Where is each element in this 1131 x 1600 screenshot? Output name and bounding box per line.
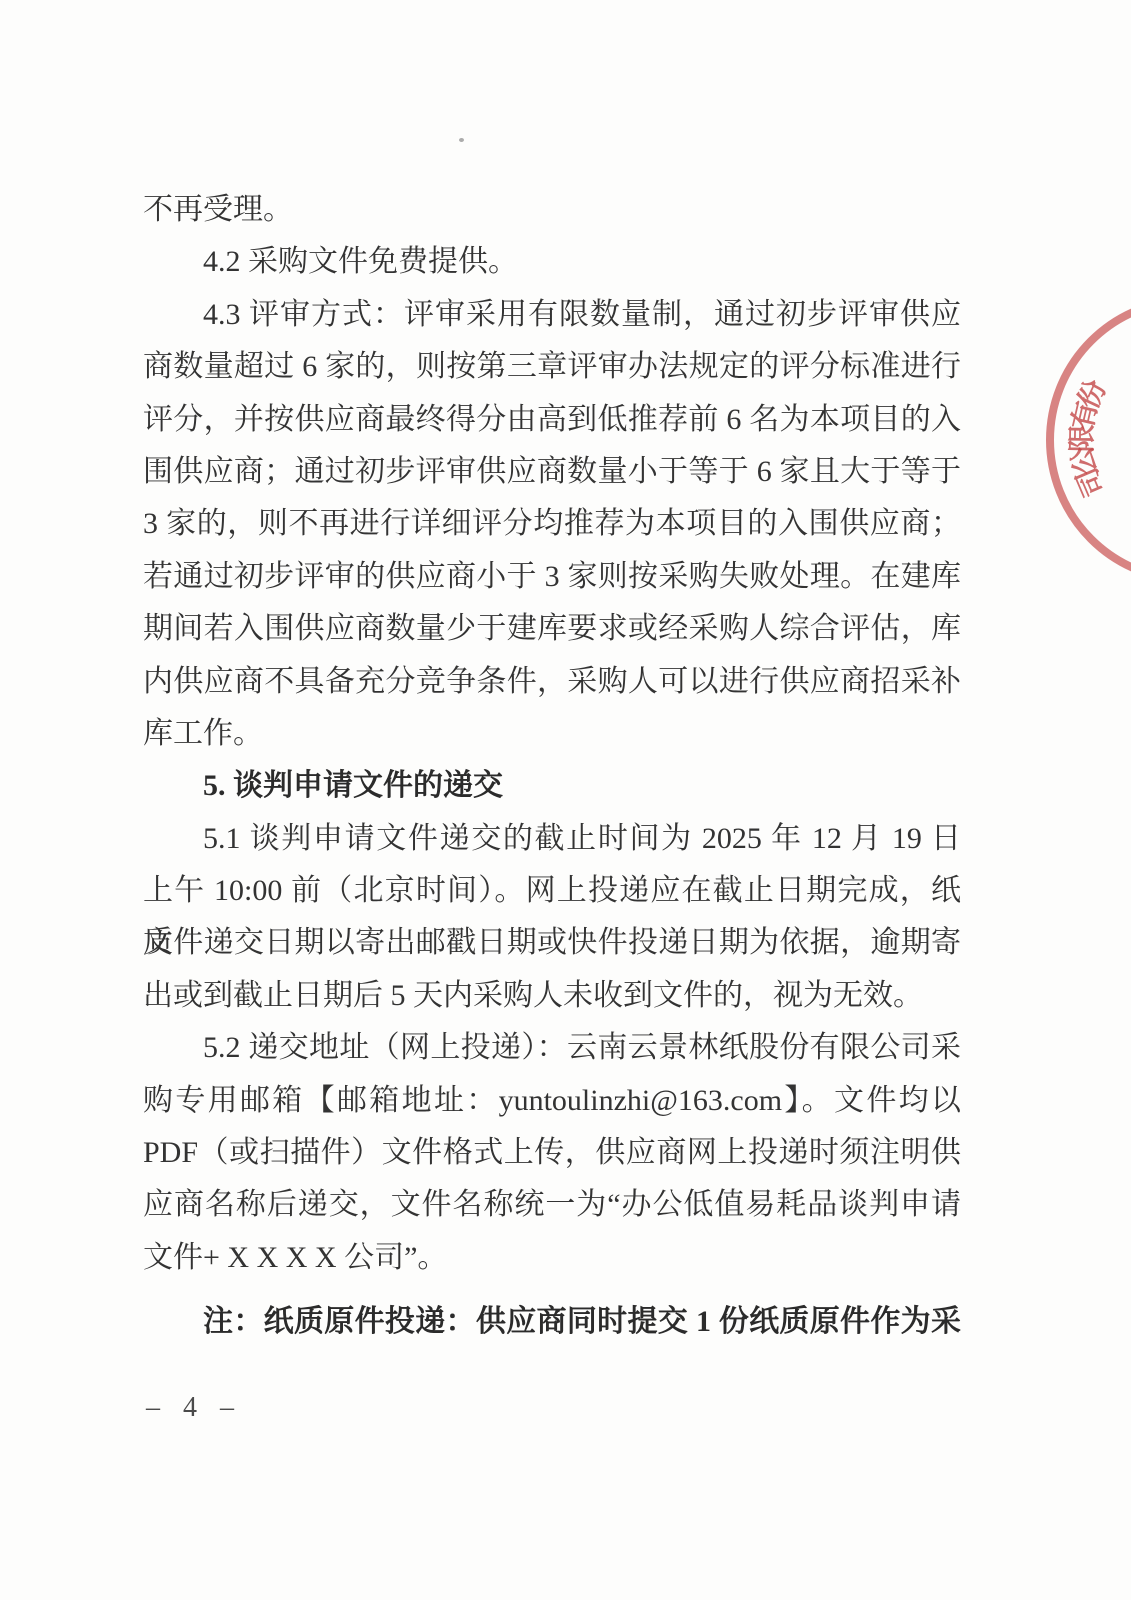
text-line: 内供应商不具备充分竞争条件，采购人可以进行供应商招采补 <box>143 656 961 708</box>
text-line: 围供应商；通过初步评审供应商数量小于等于 6 家且大于等于 <box>143 446 961 498</box>
text-line: 文件+ X X X X 公司”。 <box>143 1232 961 1284</box>
text-line: 4.3 评审方式：评审采用有限数量制，通过初步评审供应 <box>143 289 961 341</box>
page-number: – 4 – <box>146 1392 242 1424</box>
text-line: 应商名称后递交，文件名称统一为“办公低值易耗品谈判申请 <box>143 1179 961 1231</box>
text-line: 不再受理。 <box>143 184 961 236</box>
text-line: 期间若入围供应商数量少于建库要求或经采购人综合评估，库 <box>143 603 961 655</box>
scan-speck <box>459 138 464 142</box>
text-line: PDF（或扫描件）文件格式上传，供应商网上投递时须注明供 <box>143 1127 961 1179</box>
document-page: 不再受理。 4.2 采购文件免费提供。 4.3 评审方式：评审采用有限数量制，通… <box>0 0 1131 1600</box>
text-line: 出或到截止日期后 5 天内采购人未收到文件的，视为无效。 <box>143 970 961 1022</box>
text-line: 5.2 递交地址（网上投递）：云南云景林纸股份有限公司采 <box>143 1022 961 1074</box>
text-line: 购专用邮箱【邮箱地址：yuntoulinzhi@163.com】。文件均以 <box>143 1075 961 1127</box>
text-line: 库工作。 <box>143 708 961 760</box>
company-seal-stamp: 份 有 限 公 司 <box>1040 295 1131 595</box>
note-line: 注：纸质原件投递：供应商同时提交 1 份纸质原件作为采 <box>143 1296 961 1348</box>
text-line: 5.1 谈判申请文件递交的截止时间为 2025 年 12 月 19 日 <box>143 813 961 865</box>
section-heading: 5. 谈判申请文件的递交 <box>143 760 961 812</box>
text-line: 商数量超过 6 家的，则按第三章评审办法规定的评分标准进行 <box>143 341 961 393</box>
document-body: 不再受理。 4.2 采购文件免费提供。 4.3 评审方式：评审采用有限数量制，通… <box>143 184 961 1349</box>
text-line: 4.2 采购文件免费提供。 <box>143 236 961 288</box>
text-line: 3 家的，则不再进行详细评分均推荐为本项目的入围供应商； <box>143 498 961 550</box>
text-line: 文件递交日期以寄出邮戳日期或快件投递日期为依据，逾期寄 <box>143 917 961 969</box>
text-line: 上午 10:00 前（北京时间）。网上投递应在截止日期完成，纸质 <box>143 865 961 917</box>
text-line: 若通过初步评审的供应商小于 3 家则按采购失败处理。在建库 <box>143 551 961 603</box>
text-line: 评分，并按供应商最终得分由高到低推荐前 6 名为本项目的入 <box>143 394 961 446</box>
